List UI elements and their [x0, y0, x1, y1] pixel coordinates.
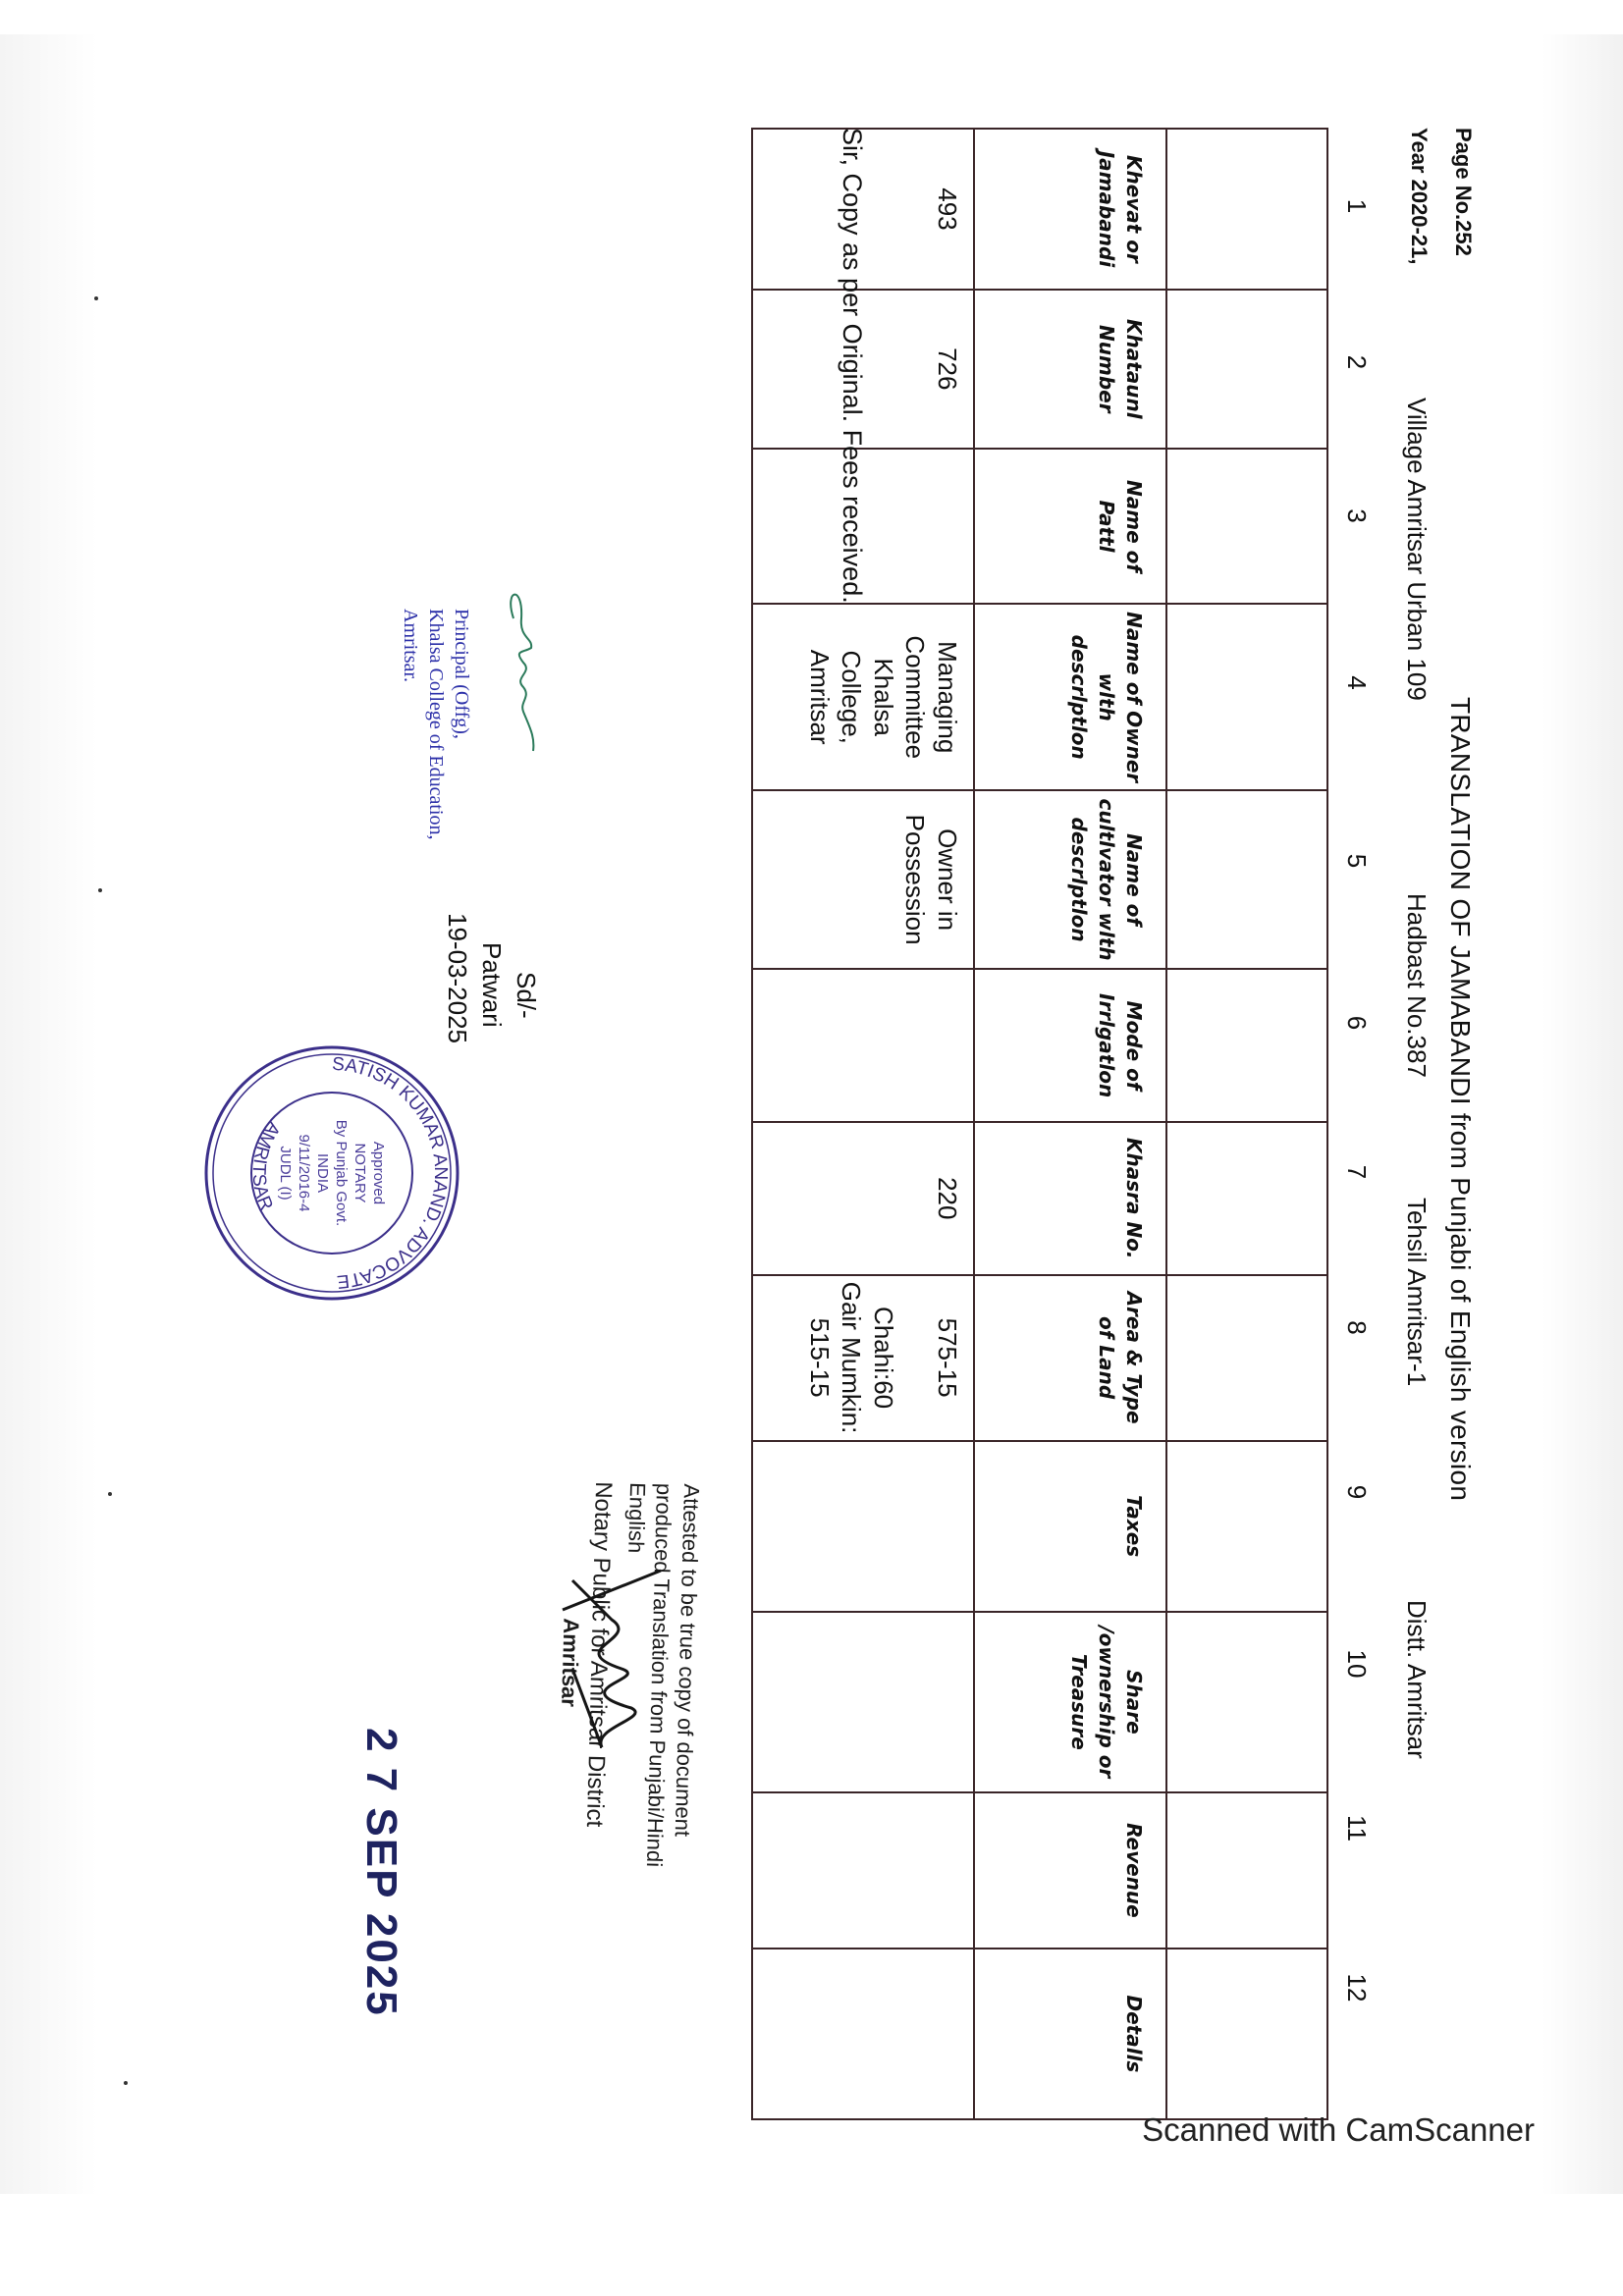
stamp-inner-line: By Punjab Govt.: [333, 1120, 350, 1226]
principal-signature-icon: [484, 579, 553, 775]
table-cell: [752, 1949, 974, 2119]
camscanner-watermark: Scanned with CamScanner: [1142, 2111, 1535, 2149]
table-cell: 220: [752, 1122, 974, 1275]
column-header: Mode of Irrlgatlon: [974, 969, 1166, 1122]
blank-cell: [1166, 790, 1327, 969]
blank-cell: [1166, 1612, 1327, 1792]
blank-cell: [1166, 449, 1327, 605]
column-number: 3: [1326, 440, 1372, 592]
column-header: Area & Type of Land: [974, 1275, 1166, 1441]
column-header: Name of Owner wlth descrlptlon: [974, 604, 1166, 789]
stamp-inner-line: INDIA: [314, 1153, 331, 1193]
column-number: 8: [1326, 1247, 1372, 1409]
blank-cell: [1166, 1122, 1327, 1275]
stamp-inner-line: Approved: [370, 1142, 387, 1204]
column-number: 6: [1326, 948, 1372, 1097]
notary-stamp-icon: SATISH KUMAR ANAND. ADVOCATE M.A.LL.B AM…: [199, 1041, 464, 1306]
principal-institution: Khalsa College of Education,: [423, 609, 449, 840]
signed-mark: Sd/-: [509, 913, 543, 1043]
table-cell: Owner in Possession: [752, 790, 974, 969]
blank-cell: [1166, 1792, 1327, 1949]
table-header-row: Khevat or JamabandiKhataunl NumberName o…: [974, 129, 1166, 2119]
rotated-jamabandi-sheet: TRANSLATION OF JAMABANDI from Punjabi of…: [131, 59, 1623, 2199]
table-blank-row: [1166, 129, 1327, 2119]
principal-title: Principal (Offg),: [449, 609, 474, 840]
principal-city: Amritsar.: [398, 609, 423, 840]
column-number: 1: [1326, 128, 1372, 285]
table-cell: [752, 1612, 974, 1792]
table-cell: [752, 969, 974, 1122]
scan-speck: [94, 296, 98, 300]
patwari-signature-block: Sd/- Patwari 19-03-2025: [440, 913, 543, 1043]
notary-signature-icon: [533, 1551, 680, 1767]
page-number: Page No.252: [1450, 128, 1476, 256]
column-header: Khasra No.: [974, 1122, 1166, 1275]
scan-speck: [124, 2081, 128, 2085]
column-header: Name of cultlvator wlth descrlptlon: [974, 790, 1166, 969]
column-number: 2: [1326, 285, 1372, 440]
document-title: TRANSLATION OF JAMABANDI from Punjabi of…: [1444, 697, 1476, 1501]
blank-cell: [1166, 1275, 1327, 1441]
column-number: 11: [1326, 1752, 1372, 1904]
column-number: 5: [1326, 774, 1372, 948]
hadbast-label: Hadbast No.387: [1401, 893, 1432, 1078]
column-header: Taxes: [974, 1441, 1166, 1612]
blank-cell: [1166, 129, 1327, 290]
column-header: Khataunl Number: [974, 290, 1166, 449]
column-number: 9: [1326, 1409, 1372, 1575]
column-number-row: 123456789101112: [1326, 128, 1372, 2120]
blank-cell: [1166, 1441, 1327, 1612]
scan-speck: [98, 888, 102, 892]
table-cell: [752, 1792, 974, 1949]
patwari-date: 19-03-2025: [440, 913, 474, 1043]
column-number: 10: [1326, 1575, 1372, 1752]
patwari-title: Patwari: [474, 913, 509, 1043]
column-header: Name of Pattl: [974, 449, 1166, 605]
stamp-inner-line: NOTARY: [352, 1143, 368, 1202]
blank-cell: [1166, 1949, 1327, 2119]
district-label: Distt. Amritsar: [1401, 1600, 1432, 1759]
blank-cell: [1166, 290, 1327, 449]
column-number: 7: [1326, 1097, 1372, 1247]
stamp-inner-line: JUDL (I): [277, 1146, 294, 1200]
principal-seal: Principal (Offg), Khalsa College of Educ…: [398, 609, 474, 840]
column-header: Khevat or Jamabandi: [974, 129, 1166, 290]
village-label: Village Amritsar Urban 109: [1401, 398, 1432, 701]
date-stamp: 2 7 SEP 2025: [356, 1728, 406, 2017]
column-header: Share /ownership or Treasure: [974, 1612, 1166, 1792]
copy-as-per-original-note: Sir, Copy as per Original. Fees received…: [837, 128, 867, 604]
column-number: 4: [1326, 592, 1372, 774]
column-header: Revenue: [974, 1792, 1166, 1949]
blank-cell: [1166, 969, 1327, 1122]
column-number: 12: [1326, 1904, 1372, 2071]
column-header: Detalls: [974, 1949, 1166, 2119]
stamp-inner-line: 9/11/2016-4: [296, 1135, 312, 1212]
year-label: Year 2020-21,: [1406, 128, 1432, 264]
scan-speck: [108, 1492, 112, 1496]
table-cell: 575-15 Chahi:60 Gair Mumkin: 515-15: [752, 1275, 974, 1441]
tehsil-label: Tehsil Amritsar-1: [1401, 1198, 1432, 1386]
table-cell: Managing Committee Khalsa College, Amrit…: [752, 604, 974, 789]
table-cell: [752, 1441, 974, 1612]
blank-cell: [1166, 604, 1327, 789]
